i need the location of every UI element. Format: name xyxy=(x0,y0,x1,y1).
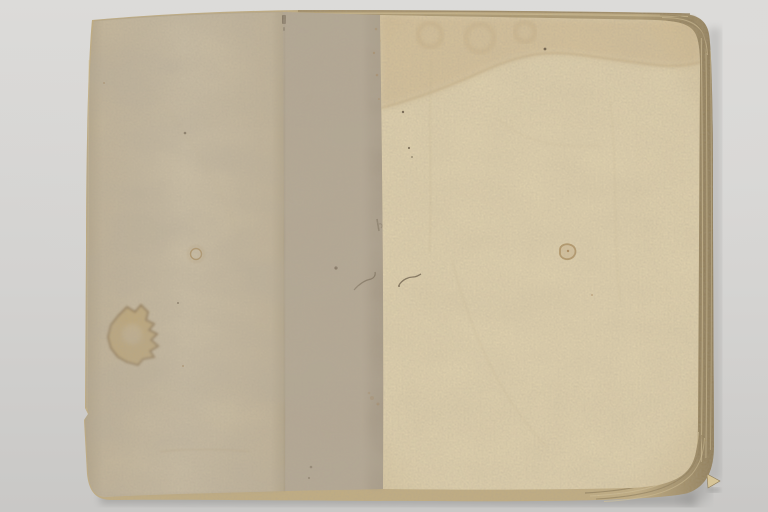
paper-texture xyxy=(78,4,740,508)
manuscript-book xyxy=(78,4,740,508)
photo-canvas: Opened blank leaves of an aged handmade-… xyxy=(0,0,768,512)
paper-grain xyxy=(78,4,722,508)
photograph: Opened blank leaves of an aged handmade-… xyxy=(0,0,768,512)
tab-shadow xyxy=(707,488,721,493)
